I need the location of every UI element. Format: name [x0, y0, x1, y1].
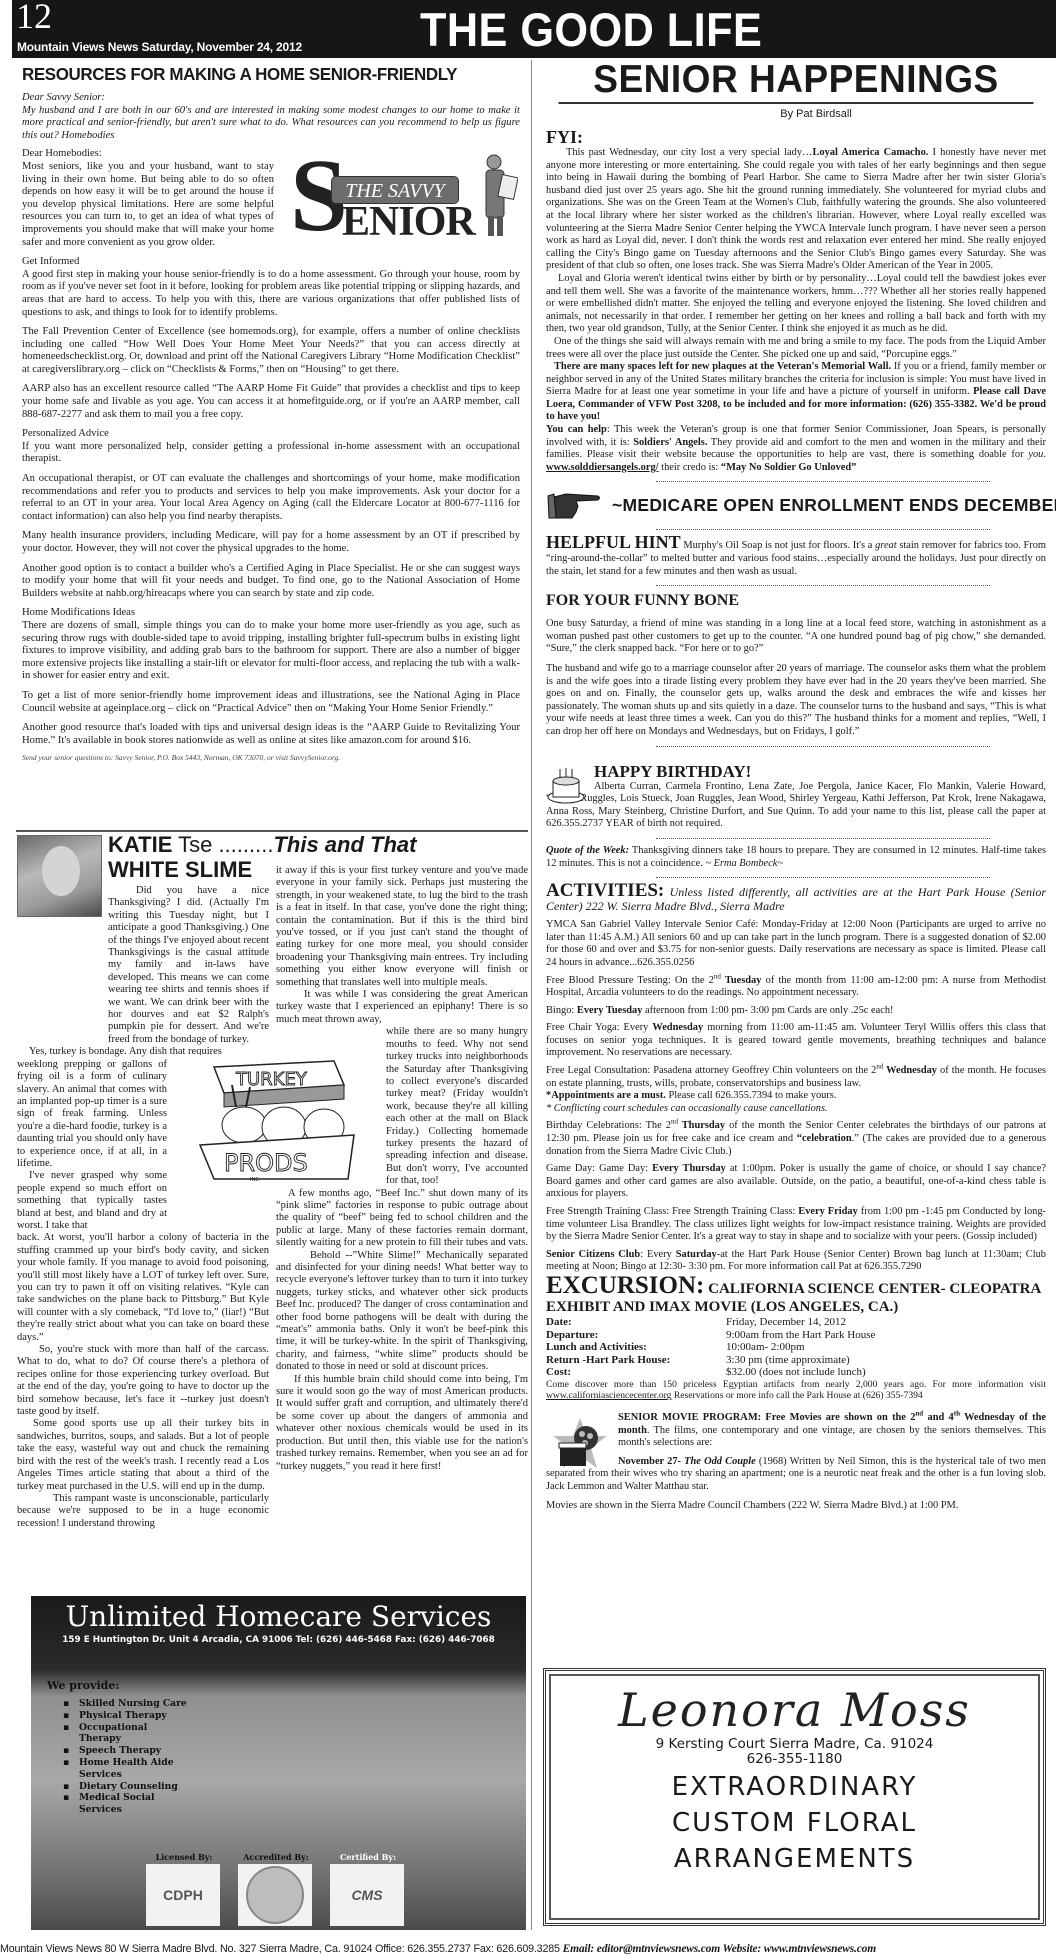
services-list: Skilled Nursing Care Physical Therapy Oc… [79, 1698, 526, 1816]
paragraph: weeklong prepping or gallons of frying o… [17, 1059, 167, 1171]
ad-phone: 626-355-1180 [546, 1752, 1043, 1767]
activity-legal: Free Legal Consultation: Pasadena attorn… [546, 1065, 1046, 1115]
cms-logo-icon: CMS [330, 1864, 404, 1926]
service-item: Medical Social Services [79, 1792, 189, 1816]
paragraph: A few months ago, “Beef Inc.” shut down … [276, 1188, 528, 1250]
hint-heading: HELPFUL HINT [546, 532, 681, 552]
helpful-hint: HELPFUL HINT Murphy's Oil Soap is not ju… [546, 536, 1046, 578]
ad-title: Unlimited Homecare Services [31, 1600, 526, 1633]
excursion-note: Come discover more than 150 priceless Eg… [546, 1379, 1046, 1402]
question-text: My husband and I are both in our 60's an… [22, 105, 520, 143]
turkey-prods-illustration: TURKEY PRODS INC. [184, 1055, 369, 1183]
detail-value: $32.00 (does not include lunch) [726, 1366, 1046, 1379]
paragraph: AARP also has an excellent resource call… [22, 383, 520, 421]
service-item: Dietary Counseling [79, 1781, 189, 1793]
activity-ymca: YMCA San Gabriel Valley Intervale Senior… [546, 919, 1046, 969]
column-name: This and That [273, 832, 416, 857]
ad-address: 159 E Huntington Dr. Unit 4 Arcadia, CA … [31, 1635, 526, 1645]
ad-tagline: EXTRAORDINARY [546, 1771, 1043, 1803]
dotted-divider [656, 585, 990, 586]
paragraph: To get a list of more senior-friendly ho… [22, 690, 520, 715]
detail-label: Cost: [546, 1366, 726, 1379]
intro-paragraph: Most seniors, like you and your husband,… [22, 161, 274, 249]
detail-label: Departure: [546, 1329, 726, 1342]
paragraph: One of the things she said will always r… [546, 336, 1046, 361]
activity-game-day: Game Day: Game Day: Every Thursday at 1:… [546, 1163, 1046, 1201]
footer-contact[interactable]: Email: editor@mtnviewsnews.com Website: … [563, 1941, 876, 1955]
activity-chair-yoga: Free Chair Yoga: Every Wednesday morning… [546, 1022, 1046, 1060]
detail-value: Friday, December 14, 2012 [726, 1316, 1046, 1329]
paragraph: There are dozens of small, simple things… [22, 620, 520, 683]
birthday-cake-icon [546, 765, 586, 805]
detail-value: 3:30 pm (time approximate) [726, 1354, 1046, 1367]
paragraph: Another good resource that's loaded with… [22, 722, 520, 747]
joint-commission-seal-icon [238, 1864, 312, 1926]
detail-label: Date: [546, 1316, 726, 1329]
birthday-list: Alberta Curran, Carmela Frontino, Lena Z… [546, 781, 1046, 831]
heading-home-modifications: Home Modifications Ideas [22, 607, 520, 620]
medicare-notice: ~MEDICARE OPEN ENROLLMENT ENDS DECEMBER … [546, 488, 1046, 522]
quote-of-week: Quote of the Week: Thanksgiving dinners … [546, 845, 1046, 870]
ad-business-name: Leonora Moss [546, 1683, 1043, 1737]
column-divider [531, 60, 532, 1930]
veterans-paragraph: There are many spaces left for new plaqu… [546, 361, 1046, 424]
paragraph: I've never grasped why some people expen… [17, 1170, 167, 1232]
author-last-name: Tse ......... [172, 832, 273, 857]
paragraph: If you want more personalized help, cons… [22, 441, 520, 466]
activity-strength-training: Free Strength Training Class: Free Stren… [546, 1206, 1046, 1244]
birthday-section: HAPPY BIRTHDAY! Alberta Curran, Carmela … [546, 763, 1046, 831]
answer-salutation: Dear Homebodies: [22, 148, 274, 161]
ad-address: 9 Kersting Court Sierra Madre, Ca. 91024 [546, 1737, 1043, 1752]
leonora-moss-advertisement[interactable]: Leonora Moss 9 Kersting Court Sierra Mad… [543, 1668, 1046, 1926]
badge-licensed: Licensed By: CDPH [146, 1852, 222, 1926]
page-footer: Mountain Views News 80 W Sierra Madre Bl… [0, 1940, 1014, 1960]
detail-value: 10:00am- 2:00pm [726, 1341, 1046, 1354]
homecare-advertisement[interactable]: Unlimited Homecare Services 159 E Huntin… [31, 1596, 526, 1930]
badge-label: Accredited By: [238, 1852, 314, 1862]
joke-paragraph: One busy Saturday, a friend of mine was … [546, 618, 1046, 656]
excursion-heading: EXCURSION: [546, 1272, 704, 1299]
paragraph: So, you're stuck with more than half of … [17, 1344, 269, 1418]
footer-address: Mountain Views News 80 W Sierra Madre Bl… [0, 1943, 563, 1955]
question-salutation: Dear Savvy Senior: [22, 92, 520, 105]
movie-listing: November 27- The Odd Couple (1968) Writt… [546, 1456, 1046, 1494]
film-reel-clapboard-icon [550, 1416, 610, 1472]
detail-label: Lunch and Activities: [546, 1341, 726, 1354]
svg-text:TURKEY: TURKEY [235, 1069, 308, 1090]
badge-accredited: Accredited By: [238, 1852, 314, 1926]
paragraph: The Fall Prevention Center of Excellence… [22, 326, 520, 376]
paragraph: Behold --”White Slime!” Mechanically sep… [276, 1250, 528, 1374]
science-center-link[interactable]: www.californiasciencecenter.org [546, 1390, 671, 1401]
paragraph: Many health insurance providers, includi… [22, 530, 520, 555]
soldiers-angels-link[interactable]: www.solddiersangels.org/ [546, 462, 659, 473]
badge-label: Certified By: [330, 1852, 406, 1862]
birthday-heading: HAPPY BIRTHDAY! [594, 763, 1046, 781]
savvy-senior-article: RESOURCES FOR MAKING A HOME SENIOR-FRIEN… [22, 60, 520, 762]
savvy-senior-logo: S THE SAVVY ENIOR [284, 152, 520, 248]
paragraph: If this humble brain child should come i… [276, 1374, 528, 1473]
section-title: THE GOOD LIFE [420, 4, 762, 56]
paragraph: It was while I was considering the great… [276, 989, 528, 1026]
movie-intro: SENIOR MOVIE PROGRAM: Free Movies are sh… [618, 1412, 1046, 1450]
services-label: We provide: [47, 1679, 526, 1692]
dotted-divider [656, 481, 990, 482]
activity-birthday-celebrations: Birthday Celebrations: The 2nd Thursday … [546, 1120, 1046, 1158]
svg-text:INC.: INC. [250, 1177, 261, 1183]
page-number: 12 [16, 0, 52, 36]
article-headline: WHITE SLIME [108, 857, 252, 883]
svg-text:PRODS: PRODS [224, 1149, 308, 1177]
paragraph: A good first step in making your house s… [22, 269, 520, 319]
badge-certified: Certified By: CMS [330, 1852, 406, 1926]
service-item: Occupational Therapy [79, 1722, 189, 1746]
heading-personalized-advice: Personalized Advice [22, 428, 520, 441]
service-item: Home Health Aide Services [79, 1757, 189, 1781]
accreditation-badges: Licensed By: CDPH Accredited By: Certifi… [146, 1852, 406, 1926]
paragraph: Another good option is to contact a buil… [22, 563, 520, 601]
paragraph: This rampant waste is unconscionable, pa… [17, 1493, 269, 1530]
column-header: KATIE Tse .........This and That [108, 832, 416, 858]
paragraph: while there are so many hungry mouths to… [386, 1026, 528, 1187]
dotted-divider [656, 877, 990, 878]
detail-value: 9:00am from the Hart Park House [726, 1329, 1046, 1342]
logo-rest: ENIOR [342, 200, 475, 244]
paragraph: it away if this is your first turkey ven… [276, 865, 528, 989]
movie-location: Movies are shown in the Sierra Madre Cou… [546, 1500, 1046, 1513]
heading-get-informed: Get Informed [22, 256, 520, 269]
senior-happenings-section: SENIOR HAPPENINGS By Pat Birdsall FYI: T… [546, 60, 1046, 1512]
article-title: RESOURCES FOR MAKING A HOME SENIOR-FRIEN… [22, 64, 505, 85]
funny-bone-heading: FOR YOUR FUNNY BONE [546, 592, 1046, 610]
paper-date: Mountain Views News Saturday, November 2… [17, 40, 302, 54]
service-item: Physical Therapy [79, 1710, 189, 1722]
activity-senior-club: Senior Citizens Club: Every Saturday-at … [546, 1249, 1046, 1274]
paragraph: back. At worst, you'll harbor a colony o… [17, 1232, 269, 1344]
dotted-divider [656, 838, 990, 839]
ad-tagline: CUSTOM FLORAL [546, 1807, 1043, 1839]
author-first-name: KATIE [108, 832, 172, 857]
byline: By Pat Birdsall [546, 108, 1046, 120]
movie-program: SENIOR MOVIE PROGRAM: Free Movies are sh… [546, 1412, 1046, 1494]
service-item: Skilled Nursing Care [79, 1698, 189, 1710]
katie-column-1: Did you have a nice Thanksgiving? I did.… [17, 885, 269, 1530]
paragraph: An occupational therapist, or OT can eva… [22, 473, 520, 523]
medicare-headline: ~MEDICARE OPEN ENROLLMENT ENDS DECEMBER … [612, 495, 1056, 516]
activity-blood-pressure: Free Blood Pressure Testing: On the 2nd … [546, 975, 1046, 1000]
dotted-divider [656, 746, 990, 747]
activities-header: ACTIVITIES: Unless listed differently, a… [546, 884, 1046, 913]
detail-label: Return -Hart Park House: [546, 1354, 726, 1367]
fyi-heading: FYI: [546, 128, 1046, 147]
excursion-details: Date:Friday, December 14, 2012 Departure… [546, 1316, 1046, 1379]
cdph-logo-icon: CDPH [146, 1864, 220, 1926]
ad-tagline: ARRANGEMENTS [546, 1843, 1043, 1875]
section-heading: SENIOR HAPPENINGS [559, 60, 1034, 104]
article-credit: Send your senior questions to: Savvy Sen… [22, 753, 520, 762]
activity-bingo: Bingo: Every Tuesday afternoon from 1:00… [546, 1005, 1046, 1018]
badge-label: Licensed By: [146, 1852, 222, 1862]
dotted-divider [656, 529, 990, 530]
pointing-hand-icon [546, 488, 602, 522]
you-can-help-paragraph: You can help: This week the Veteran's gr… [546, 424, 1046, 474]
joke-paragraph: The husband and wife go to a marriage co… [546, 663, 1046, 739]
paragraph: Loyal and Gloria weren't identical twins… [546, 273, 1046, 336]
masthead: 12 Mountain Views News Saturday, Novembe… [12, 0, 1056, 58]
paragraph: This past Wednesday, our city lost a ver… [546, 147, 1046, 273]
service-item: Speech Therapy [79, 1745, 189, 1757]
old-man-newspaper-icon [478, 152, 518, 240]
paragraph: Some good sports use up all their turkey… [17, 1418, 269, 1492]
paragraph: Did you have a nice Thanksgiving? I did.… [17, 885, 269, 1046]
excursion-header: EXCURSION: CALIFORNIA SCIENCE CENTER- CL… [546, 1274, 1046, 1316]
